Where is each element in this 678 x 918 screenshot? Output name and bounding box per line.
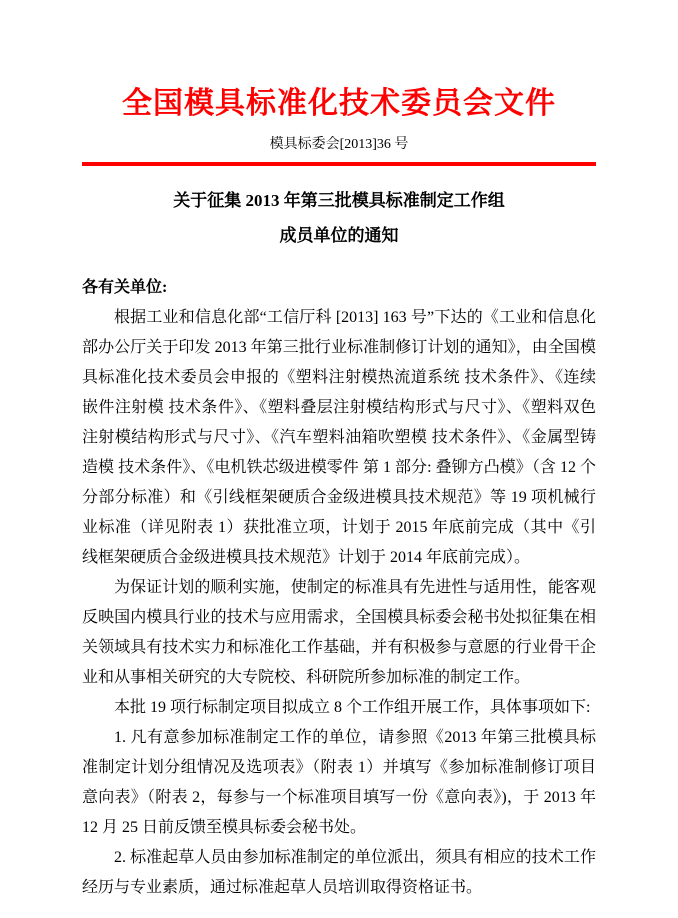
doc-number: 模具标委会[2013]36 号 <box>82 136 596 154</box>
document-body: 各有关单位: 根据工业和信息化部“工信厅科 [2013] 163 号”下达的《工… <box>82 273 596 903</box>
body-paragraph-4: 1. 凡有意参加标准制定工作的单位，请参照《2013 年第三批模具标准制定计划分… <box>82 723 596 843</box>
document-page: 全国模具标准化技术委员会文件 模具标委会[2013]36 号 关于征集 2013… <box>0 0 678 918</box>
body-paragraph-5: 2. 标准起草人员由参加标准制定的单位派出，须具有相应的技术工作经历与专业素质，… <box>82 843 596 903</box>
body-paragraph-1: 根据工业和信息化部“工信厅科 [2013] 163 号”下达的《工业和信息化部办… <box>82 303 596 573</box>
red-divider-rule <box>82 162 596 166</box>
doc-title-line1: 关于征集 2013 年第三批模具标准制定工作组 <box>82 183 596 218</box>
salutation: 各有关单位: <box>82 273 596 303</box>
letterhead-title: 全国模具标准化技术委员会文件 <box>82 86 596 122</box>
doc-title-line2: 成员单位的通知 <box>82 218 596 253</box>
letterhead: 全国模具标准化技术委员会文件 模具标委会[2013]36 号 <box>82 86 596 166</box>
body-paragraph-2: 为保证计划的顺利实施，使制定的标准具有先进性与适用性，能客观反映国内模具行业的技… <box>82 573 596 693</box>
body-paragraph-3: 本批 19 项行标制定项目拟成立 8 个工作组开展工作，具体事项如下: <box>82 693 596 723</box>
doc-title: 关于征集 2013 年第三批模具标准制定工作组 成员单位的通知 <box>82 183 596 253</box>
